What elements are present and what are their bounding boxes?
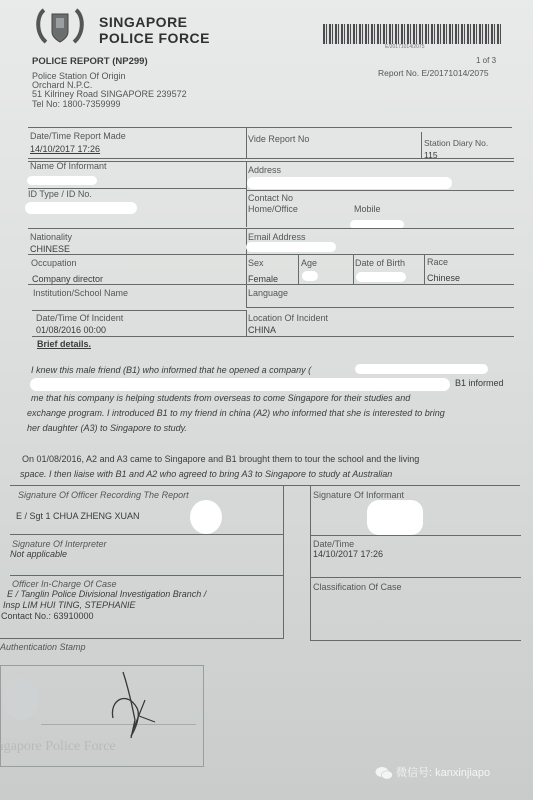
email-redacted — [246, 242, 336, 252]
nationality-label: Nationality — [30, 232, 72, 243]
datetime-made-value: 14/10/2017 17:26 — [30, 144, 100, 155]
incident-location-label: Location Of Incident — [248, 313, 328, 324]
oic-name: Insp LIM HUI TING, STEPHANIE — [3, 600, 136, 611]
station-tel: Tel No: 1800-7359999 — [32, 99, 121, 110]
age-label: Age — [301, 258, 317, 269]
officer-signature-label: Signature Of Officer Recording The Repor… — [18, 490, 189, 501]
station-diary-value: 115 — [424, 150, 438, 161]
dob-redacted — [356, 272, 406, 282]
mobile-label: Mobile — [354, 204, 381, 215]
institution-label: Institution/School Name — [33, 288, 128, 299]
company-name-redacted — [355, 364, 488, 374]
stamp-crest-icon — [3, 678, 39, 720]
company-details-redacted — [30, 378, 450, 391]
occupation-label: Occupation — [31, 258, 77, 269]
incident-datetime-label: Date/Time Of Incident — [36, 313, 123, 324]
oic-unit: E / Tanglin Police Divisional Investigat… — [7, 589, 206, 600]
informant-name-redacted — [27, 176, 97, 185]
address-label: Address — [248, 165, 281, 176]
barcode — [323, 24, 501, 44]
brief-para2-line1: On 01/08/2016, A2 and A3 came to Singapo… — [22, 452, 419, 467]
informant-name-label: Name Of Informant — [30, 161, 107, 172]
authentication-stamp: Singapore Police Force — [0, 665, 204, 767]
classification-label: Classification Of Case — [313, 582, 402, 593]
incident-datetime-value: 01/08/2016 00:00 — [36, 325, 106, 336]
report-number: Report No. E/20171014/2075 — [378, 68, 489, 79]
form-title: POLICE REPORT (NP299) — [32, 56, 148, 67]
vide-report-label: Vide Report No — [248, 134, 309, 145]
race-label: Race — [427, 257, 448, 268]
home-office-label: Home/Office — [248, 204, 298, 215]
authentication-stamp-label: Authentication Stamp — [0, 642, 86, 653]
age-redacted — [302, 271, 318, 281]
oic-contact: Contact No.: 63910000 — [1, 611, 94, 622]
barcode-text: E/20171014/2075 — [385, 44, 424, 50]
id-label: ID Type / ID No. — [28, 189, 92, 200]
informant-signature-redacted — [367, 500, 423, 535]
address-redacted — [247, 177, 452, 189]
handwritten-signature — [105, 670, 165, 740]
signature-datetime-value: 14/10/2017 17:26 — [313, 549, 383, 560]
language-label: Language — [248, 288, 288, 299]
page-indicator: 1 of 3 — [476, 55, 496, 66]
stamp-text: Singapore Police Force — [0, 739, 116, 755]
interpreter-value: Not applicable — [10, 549, 67, 560]
sex-label: Sex — [248, 258, 264, 269]
officer-name: E / Sgt 1 CHUA ZHENG XUAN — [16, 511, 140, 522]
brief-details-heading: Brief details. — [37, 339, 91, 350]
org-name-line2: POLICE FORCE — [99, 30, 210, 46]
dob-label: Date of Birth — [355, 258, 405, 269]
officer-signature-redacted — [190, 500, 222, 534]
id-redacted — [25, 202, 137, 214]
brief-para1-line2-end: B1 informed — [455, 376, 504, 391]
org-name-line1: SINGAPORE — [99, 14, 188, 30]
watermark-text: 微信号: kanxinjiapo — [396, 767, 490, 780]
brief-para1-line5: her daughter (A3) to Singapore to study. — [27, 421, 187, 436]
incident-location-value: CHINA — [248, 325, 276, 336]
brief-para2-line2: space. I then liaise with B1 and A2 who … — [20, 467, 392, 482]
contact-label: Contact No — [248, 193, 293, 204]
brief-para1-line1: I knew this male friend (B1) who informe… — [31, 363, 311, 378]
brief-para1-line4: exchange program. I introduced B1 to my … — [27, 406, 445, 421]
wechat-icon — [375, 766, 393, 780]
police-crest-icon — [32, 6, 88, 46]
race-value: Chinese — [427, 273, 460, 284]
brief-para1-line3: me that his company is helping students … — [31, 391, 410, 406]
datetime-made-label: Date/Time Report Made — [30, 131, 126, 142]
station-diary-label: Station Diary No. — [424, 138, 488, 149]
